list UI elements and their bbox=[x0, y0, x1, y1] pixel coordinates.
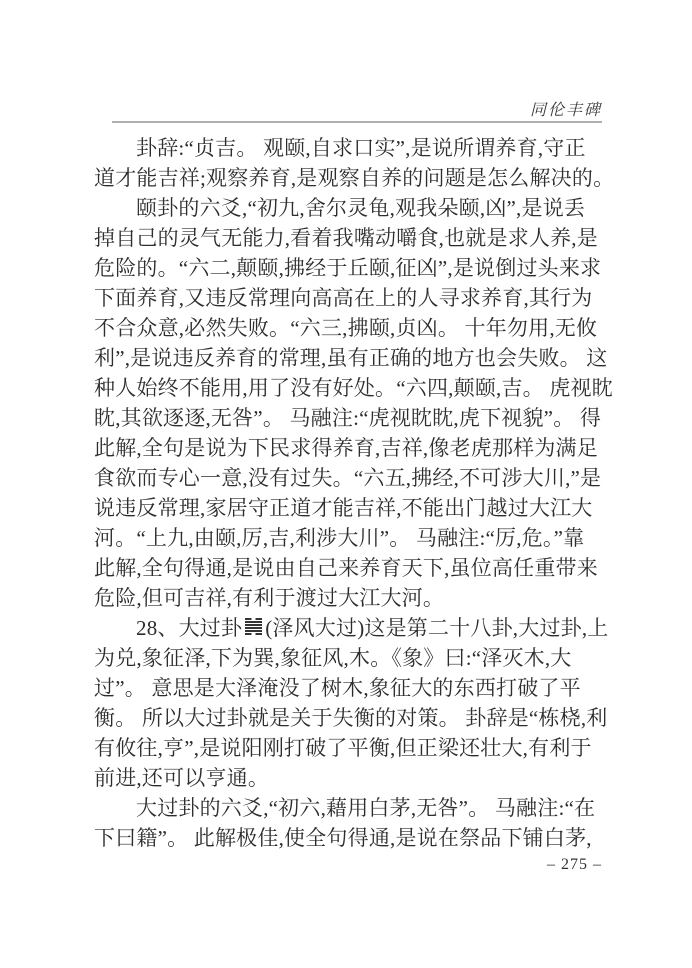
text-line: 掉自己的灵气无能力,看着我嘴动嚼食,也就是求人养,是 bbox=[94, 223, 602, 253]
text-line: 食欲而专心一意,没有过失。“六五,拂经,不可涉大川,”是 bbox=[94, 463, 602, 493]
page-number: – 275 – bbox=[547, 856, 602, 874]
text-line: 有攸往,亨”,是说阳刚打破了平衡,但正梁还壮大,有利于 bbox=[94, 733, 602, 763]
text-line: 卦辞:“贞吉。 观颐,自求口实”,是说所谓养育,守正 bbox=[94, 133, 602, 163]
text-line: 道才能吉祥;观察养育,是观察自养的问题是怎么解决的。 bbox=[94, 163, 602, 193]
text-segment: 28、大过卦 bbox=[136, 616, 242, 640]
text-line: 此解,全句得通,是说由自己来养育天下,虽位高任重带来 bbox=[94, 553, 602, 583]
text-line: 说违反常理,家居守正道才能吉祥,不能出门越过大江大 bbox=[94, 493, 602, 523]
text-line: 颐卦的六爻,“初九,舍尔灵龟,观我朵颐,凶”,是说丢 bbox=[94, 193, 602, 223]
book-page: 同伦丰碑 卦辞:“贞吉。 观颐,自求口实”,是说所谓养育,守正 道才能吉祥;观察… bbox=[0, 0, 692, 968]
text-line: 下面养育,又违反常理向高高在上的人寻求养育,其行为 bbox=[94, 283, 602, 313]
text-line: 此解,全句是说为下民求得养育,吉祥,像老虎那样为满足 bbox=[94, 433, 602, 463]
text-line: 为兑,象征泽,下为巽,象征风,木。《象》曰:“泽灭木,大 bbox=[94, 643, 602, 673]
text-line: 前进,还可以亨通。 bbox=[94, 763, 602, 793]
page-body-text: 卦辞:“贞吉。 观颐,自求口实”,是说所谓养育,守正 道才能吉祥;观察养育,是观… bbox=[94, 133, 602, 853]
text-line: 大过卦的六爻,“初六,藉用白茅,无咎”。 马融注:“在 bbox=[94, 793, 602, 823]
text-segment: (泽风大过)这是第二十八卦,大过卦,上 bbox=[265, 616, 608, 640]
text-line: 河。“上九,由颐,厉,吉,利涉大川”。 马融注:“厉,危。”靠 bbox=[94, 523, 602, 553]
paragraph: 大过卦的六爻,“初六,藉用白茅,无咎”。 马融注:“在 下曰籍”。 此解极佳,使… bbox=[94, 793, 602, 853]
header-rule bbox=[112, 121, 602, 123]
paragraph: 卦辞:“贞吉。 观颐,自求口实”,是说所谓养育,守正 道才能吉祥;观察养育,是观… bbox=[94, 133, 602, 193]
text-line: 眈,其欲逐逐,无咎”。 马融注:“虎视眈眈,虎下视貌”。 得 bbox=[94, 403, 602, 433]
paragraph: 28、大过卦(泽风大过)这是第二十八卦,大过卦,上 为兑,象征泽,下为巽,象征风… bbox=[94, 613, 602, 793]
text-line: 衡。 所以大过卦就是关于失衡的对策。 卦辞是“栋桡,利 bbox=[94, 703, 602, 733]
text-line: 28、大过卦(泽风大过)这是第二十八卦,大过卦,上 bbox=[94, 613, 602, 643]
paragraph: 颐卦的六爻,“初九,舍尔灵龟,观我朵颐,凶”,是说丢 掉自己的灵气无能力,看着我… bbox=[94, 193, 602, 613]
text-line: 危险的。“六二,颠颐,拂经于丘颐,征凶”,是说倒过头来求 bbox=[94, 253, 602, 283]
text-line: 利”,是说违反养育的常理,虽有正确的地方也会失败。 这 bbox=[94, 343, 602, 373]
hexagram-daguo-icon bbox=[245, 617, 262, 636]
text-line: 种人始终不能用,用了没有好处。“六四,颠颐,吉。 虎视眈 bbox=[94, 373, 602, 403]
running-title: 同伦丰碑 bbox=[530, 97, 602, 120]
text-line: 过”。 意思是大泽淹没了树木,象征大的东西打破了平 bbox=[94, 673, 602, 703]
text-line: 危险,但可吉祥,有利于渡过大江大河。 bbox=[94, 583, 602, 613]
text-line: 不合众意,必然失败。“六三,拂颐,贞凶。 十年勿用,无攸 bbox=[94, 313, 602, 343]
text-line: 下曰籍”。 此解极佳,使全句得通,是说在祭品下铺白茅, bbox=[94, 823, 602, 853]
